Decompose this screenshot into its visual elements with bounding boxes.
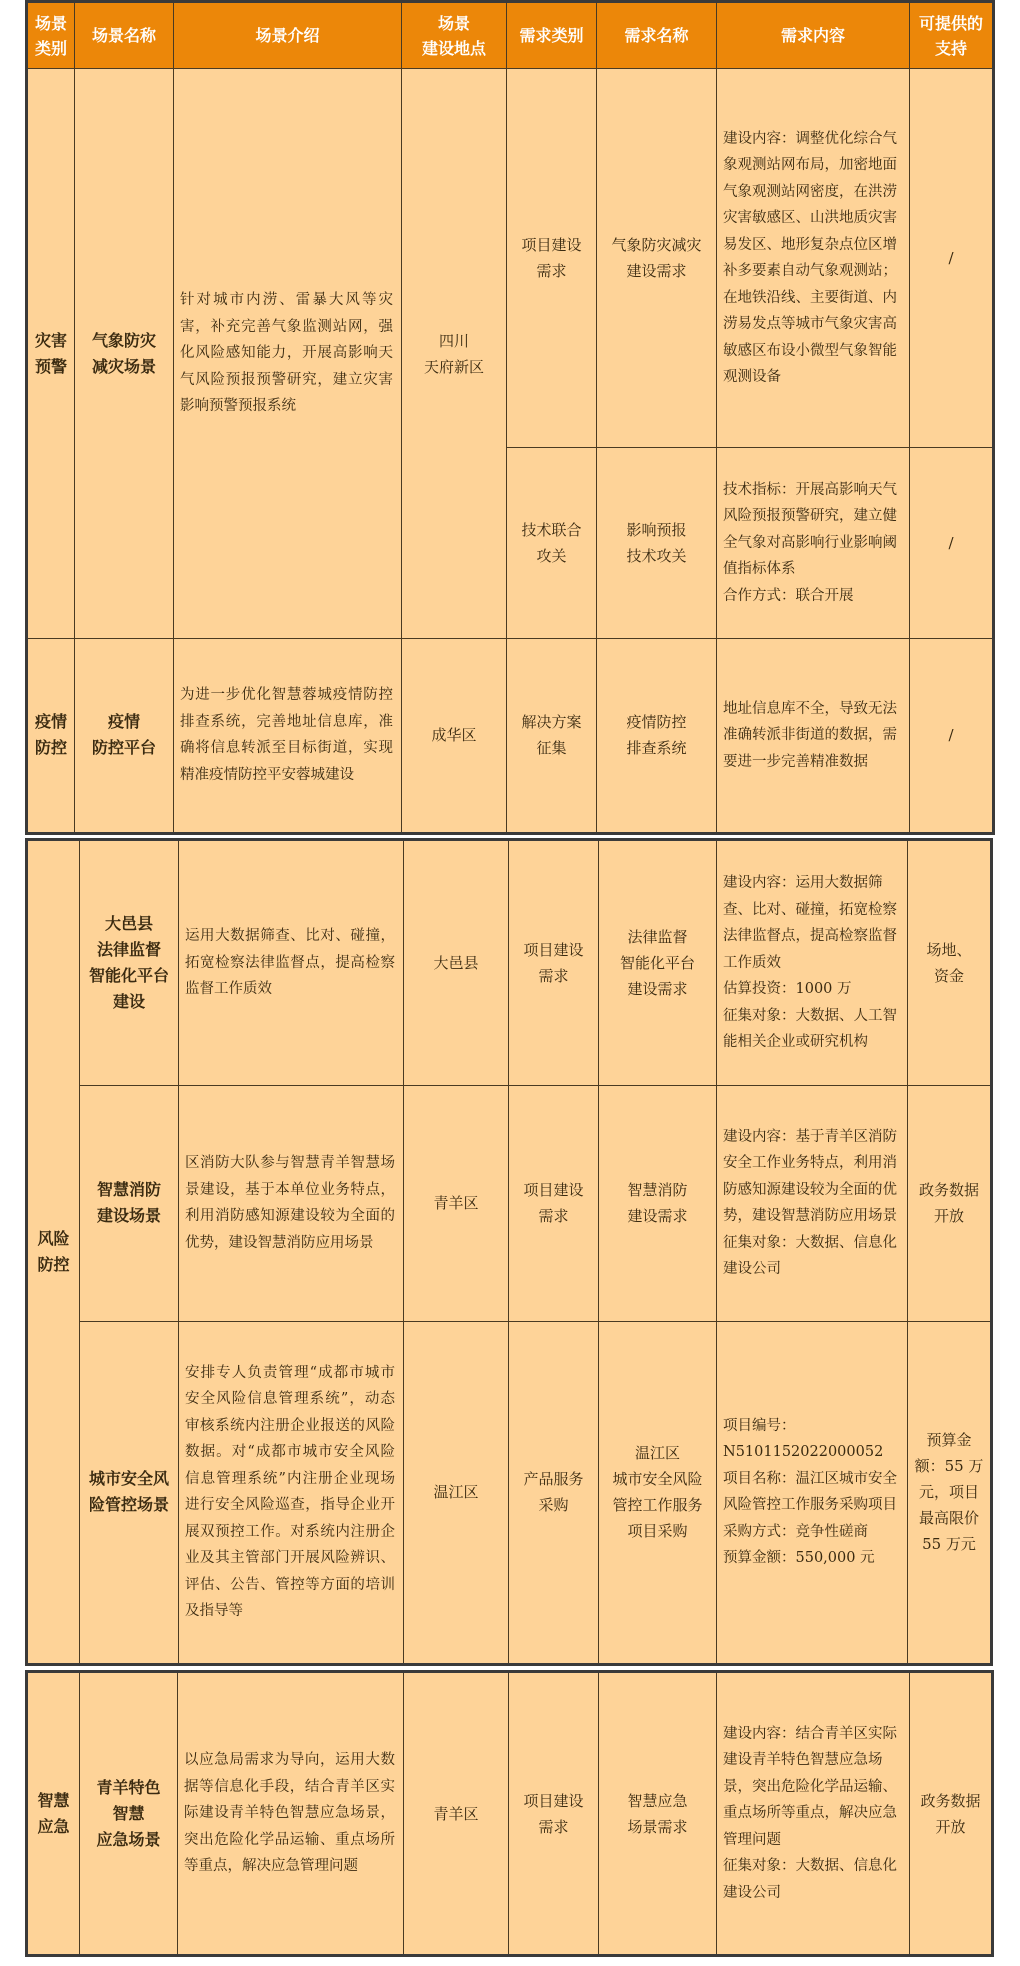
demand-name-cell: 疫情防控 排查系统 xyxy=(597,638,717,833)
demand-type-cell: 项目建设 需求 xyxy=(509,840,599,1086)
category-cell: 风险 防控 xyxy=(27,840,80,1665)
table-row: 城市安全风 险管控场景 安排专人负责管理“成都市城市安全风险信息管理系统”，动态… xyxy=(27,1321,992,1664)
demand-type-cell: 解决方案 征集 xyxy=(507,638,597,833)
demand-type-cell: 技术联合 攻关 xyxy=(507,448,597,639)
demand-name-cell: 智慧消防 建设需求 xyxy=(599,1085,717,1321)
header-category: 场景 类别 xyxy=(27,2,75,69)
scene-name-cell: 城市安全风 险管控场景 xyxy=(80,1321,179,1664)
header-scene-name: 场景名称 xyxy=(75,2,174,69)
scene-name-cell: 气象防灾 减灾场景 xyxy=(75,69,174,639)
demand-name-cell: 气象防灾减灾 建设需求 xyxy=(597,69,717,448)
scenario-table-3: 智慧 应急 青羊特色 智慧 应急场景 以应急局需求为导向，运用大数据等信息化手段… xyxy=(25,1670,994,1957)
support-cell: 政务数据 开放 xyxy=(908,1085,992,1321)
demand-type-cell: 项目建设 需求 xyxy=(509,1672,599,1956)
scene-intro-cell: 以应急局需求为导向，运用大数据等信息化手段，结合青羊区实际建设青羊特色智慧应急场… xyxy=(178,1672,404,1956)
support-cell: / xyxy=(910,69,994,448)
location-cell: 四川 天府新区 xyxy=(402,69,507,639)
scenario-table-1: 场景 类别 场景名称 场景介绍 场景 建设地点 需求类别 需求名称 需求内容 可… xyxy=(25,0,995,835)
demand-content-cell: 建设内容：调整优化综合气象观测站网布局，加密地面气象观测站网密度，在洪涝灾害敏感… xyxy=(717,69,910,448)
location-cell: 青羊区 xyxy=(404,1085,509,1321)
table-row: 智慧消防 建设场景 区消防大队参与智慧青羊智慧场景建设，基于本单位业务特点，利用… xyxy=(27,1085,992,1321)
header-demand-name: 需求名称 xyxy=(597,2,717,69)
support-cell: / xyxy=(910,448,994,639)
scene-intro-cell: 安排专人负责管理“成都市城市安全风险信息管理系统”，动态审核系统内注册企业报送的… xyxy=(179,1321,404,1664)
header-location: 场景 建设地点 xyxy=(402,2,507,69)
category-cell: 疫情 防控 xyxy=(27,638,75,833)
scene-intro-cell: 针对城市内涝、雷暴大风等灾害，补充完善气象监测站网，强化风险感知能力，开展高影响… xyxy=(174,69,402,639)
scene-name-cell: 青羊特色 智慧 应急场景 xyxy=(80,1672,178,1956)
demand-content-cell: 建设内容：运用大数据筛查、比对、碰撞，拓宽检察法律监督点，提高检察监督工作质效 … xyxy=(717,840,908,1086)
demand-name-cell: 法律监督 智能化平台 建设需求 xyxy=(599,840,717,1086)
scene-name-cell: 疫情 防控平台 xyxy=(75,638,174,833)
table-row: 疫情 防控 疫情 防控平台 为进一步优化智慧蓉城疫情防控排查系统，完善地址信息库… xyxy=(27,638,994,833)
scene-intro-cell: 为进一步优化智慧蓉城疫情防控排查系统，完善地址信息库，准确将信息转派至目标街道，… xyxy=(174,638,402,833)
category-cell: 智慧 应急 xyxy=(27,1672,80,1956)
demand-type-cell: 产品服务 采购 xyxy=(509,1321,599,1664)
demand-content-cell: 地址信息库不全，导致无法准确转派非街道的数据，需要进一步完善精准数据 xyxy=(717,638,910,833)
support-cell: / xyxy=(910,638,994,833)
support-cell: 预算金 额：55 万 元，项目 最高限价 55 万元 xyxy=(908,1321,992,1664)
demand-content-cell: 建设内容：结合青羊区实际建设青羊特色智慧应急场景，突出危险化学品运输、重点场所等… xyxy=(717,1672,910,1956)
demand-type-cell: 项目建设 需求 xyxy=(507,69,597,448)
demand-content-cell: 技术指标：开展高影响天气风险预报预警研究，建立健全气象对高影响行业影响阈值指标体… xyxy=(717,448,910,639)
header-scene-intro: 场景介绍 xyxy=(174,2,402,69)
scene-name-cell: 智慧消防 建设场景 xyxy=(80,1085,179,1321)
demand-type-cell: 项目建设 需求 xyxy=(509,1085,599,1321)
demand-content-cell: 建设内容：基于青羊区消防安全工作业务特点，利用消防感知源建设较为全面的优势，建设… xyxy=(717,1085,908,1321)
demand-content-cell: 项目编号： N5101152022000052 项目名称：温江区城市安全风险管控… xyxy=(717,1321,908,1664)
table-row: 智慧 应急 青羊特色 智慧 应急场景 以应急局需求为导向，运用大数据等信息化手段… xyxy=(27,1672,993,1956)
demand-name-cell: 温江区 城市安全风险 管控工作服务 项目采购 xyxy=(599,1321,717,1664)
table-row: 灾害 预警 气象防灾 减灾场景 针对城市内涝、雷暴大风等灾害，补充完善气象监测站… xyxy=(27,69,994,448)
scene-intro-cell: 区消防大队参与智慧青羊智慧场景建设，基于本单位业务特点，利用消防感知源建设较为全… xyxy=(179,1085,404,1321)
support-cell: 场地、 资金 xyxy=(908,840,992,1086)
header-support: 可提供的 支持 xyxy=(910,2,994,69)
header-demand-content: 需求内容 xyxy=(717,2,910,69)
table-row: 风险 防控 大邑县 法律监督 智能化平台 建设 运用大数据筛查、比对、碰撞，拓宽… xyxy=(27,840,992,1086)
demand-name-cell: 智慧应急 场景需求 xyxy=(599,1672,717,1956)
support-cell: 政务数据 开放 xyxy=(910,1672,993,1956)
scene-name-cell: 大邑县 法律监督 智能化平台 建设 xyxy=(80,840,179,1086)
demand-name-cell: 影响预报 技术攻关 xyxy=(597,448,717,639)
scene-intro-cell: 运用大数据筛查、比对、碰撞，拓宽检察法律监督点，提高检察监督工作质效 xyxy=(179,840,404,1086)
table-header-row: 场景 类别 场景名称 场景介绍 场景 建设地点 需求类别 需求名称 需求内容 可… xyxy=(27,2,994,69)
header-demand-type: 需求类别 xyxy=(507,2,597,69)
category-cell: 灾害 预警 xyxy=(27,69,75,639)
location-cell: 成华区 xyxy=(402,638,507,833)
location-cell: 大邑县 xyxy=(404,840,509,1086)
scenario-table-2: 风险 防控 大邑县 法律监督 智能化平台 建设 运用大数据筛查、比对、碰撞，拓宽… xyxy=(25,838,993,1666)
location-cell: 青羊区 xyxy=(404,1672,509,1956)
location-cell: 温江区 xyxy=(404,1321,509,1664)
